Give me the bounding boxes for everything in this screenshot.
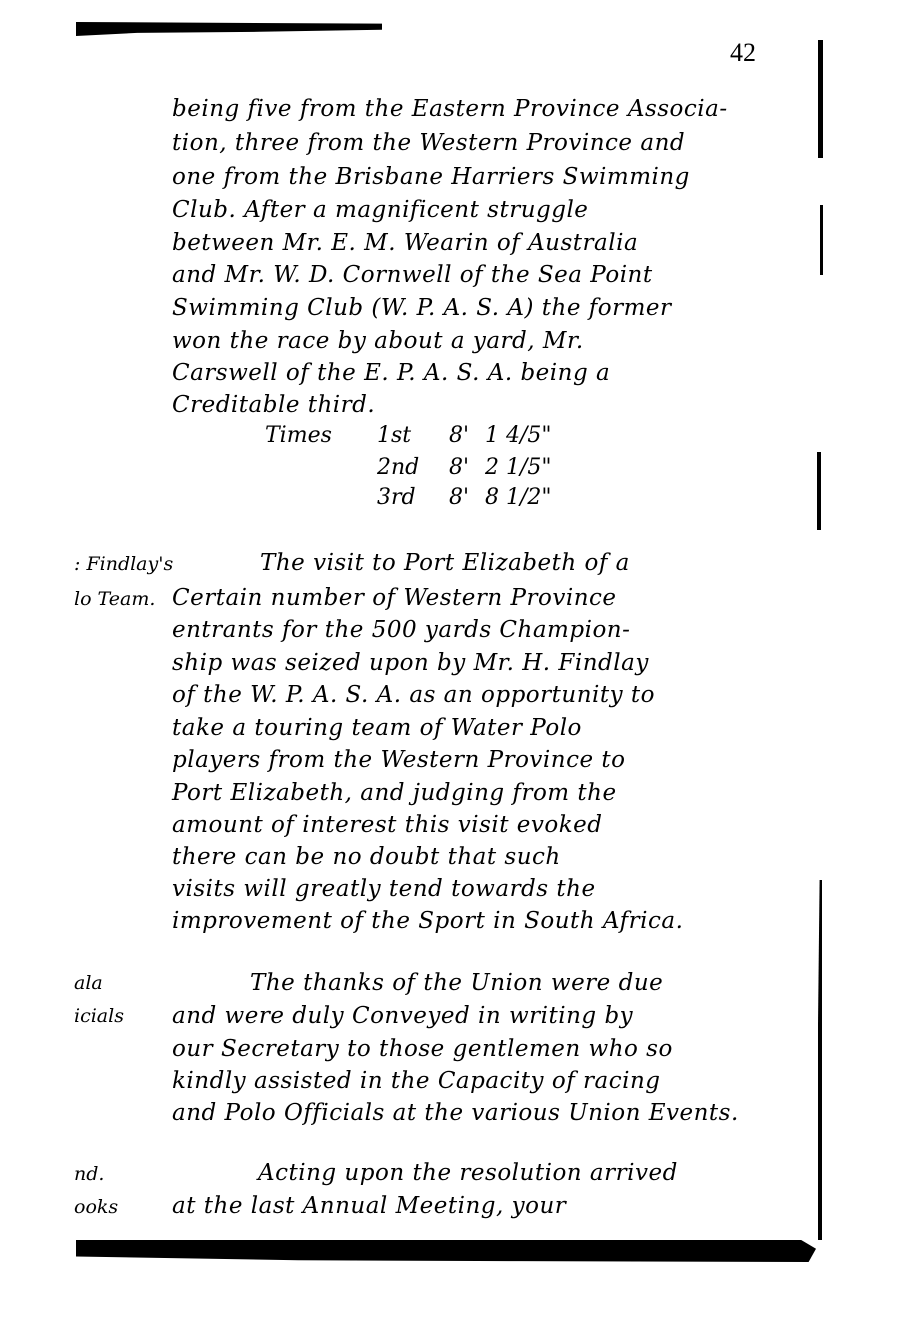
text-line: of the W. P. A. S. A. as an opportunity … [172, 682, 655, 708]
margin-note: nd. [74, 1163, 104, 1185]
text-line: entrants for the 500 yards Champion- [172, 617, 630, 643]
place: 3rd [377, 485, 449, 510]
text-line: there can be no doubt that such [172, 844, 561, 870]
text-line: between Mr. E. M. Wearin of Australia [172, 230, 638, 256]
page-border-right [820, 205, 823, 275]
text-line: Carswell of the E. P. A. S. A. being a [172, 360, 610, 386]
margin-note: : Findlay's [74, 553, 173, 575]
times-row: Times1st8'1 4/5" [265, 423, 552, 448]
page-number: 42 [730, 38, 756, 68]
text-line: won the race by about a yard, Mr. [172, 328, 584, 354]
place: 1st [377, 423, 449, 448]
page-border-right [817, 452, 821, 530]
text-line: players from the Western Province to [172, 747, 625, 773]
page-border-right [818, 40, 823, 158]
seconds: 2 1/5" [485, 455, 552, 480]
margin-note: lo Team. [74, 588, 155, 610]
text-line: improvement of the Sport in South Africa… [172, 908, 683, 934]
text-line: and Mr. W. D. Cornwell of the Sea Point [172, 262, 653, 288]
scanned-page: 42 being five from the Eastern Province … [0, 0, 900, 1329]
text-line: Certain number of Western Province [172, 585, 617, 611]
text-line: Creditable third. [172, 392, 375, 418]
text-line: Swimming Club (W. P. A. S. A) the former [172, 295, 672, 321]
place: 2nd [377, 455, 449, 480]
page-border-bottom [76, 1240, 816, 1262]
minutes: 8' [449, 455, 485, 480]
text-line: and Polo Officials at the various Union … [172, 1100, 739, 1126]
text-line: Club. After a magnificent struggle [172, 197, 588, 223]
margin-note: ooks [74, 1196, 118, 1218]
text-line: ship was seized upon by Mr. H. Findlay [172, 650, 649, 676]
page-border-right [818, 880, 822, 1240]
page-border-top [76, 22, 382, 36]
seconds: 1 4/5" [485, 423, 552, 448]
seconds: 8 1/2" [485, 485, 552, 510]
text-line: The visit to Port Elizabeth of a [260, 550, 630, 576]
text-line: our Secretary to those gentlemen who so [172, 1036, 673, 1062]
times-row: 2nd8'2 1/5" [265, 455, 552, 480]
text-line: The thanks of the Union were due [250, 970, 663, 996]
text-line: Acting upon the resolution arrived [258, 1160, 678, 1186]
text-line: amount of interest this visit evoked [172, 812, 603, 838]
times-label: Times [265, 423, 377, 448]
text-line: tion, three from the Western Province an… [172, 130, 685, 156]
text-line: kindly assisted in the Capacity of racin… [172, 1068, 661, 1094]
text-line: visits will greatly tend towards the [172, 876, 596, 902]
margin-note: icials [74, 1005, 124, 1027]
times-row: 3rd8'8 1/2" [265, 485, 552, 510]
text-line: being five from the Eastern Province Ass… [172, 96, 728, 122]
minutes: 8' [449, 423, 485, 448]
text-line: one from the Brisbane Harriers Swimming [172, 164, 690, 190]
text-line: at the last Annual Meeting, your [172, 1193, 566, 1219]
text-line: Port Elizabeth, and judging from the [172, 780, 617, 806]
margin-note: ala [74, 972, 103, 994]
text-line: take a touring team of Water Polo [172, 715, 582, 741]
minutes: 8' [449, 485, 485, 510]
text-line: and were duly Conveyed in writing by [172, 1003, 633, 1029]
